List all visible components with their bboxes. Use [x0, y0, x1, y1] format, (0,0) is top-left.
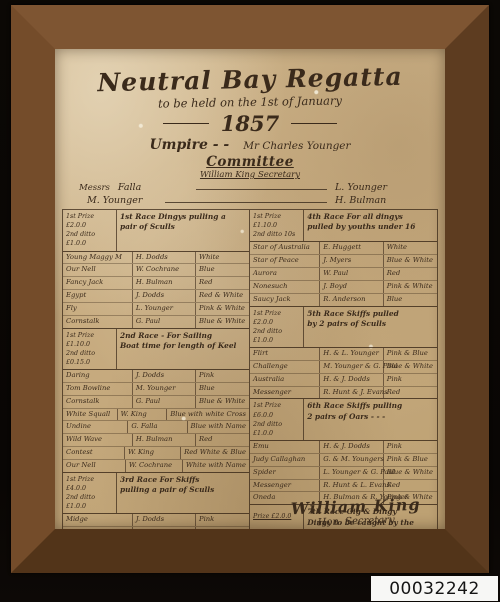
boat-name-cell: Egypt: [63, 290, 132, 302]
race-prize-line: 2nd ditto £1.0.0: [253, 327, 301, 345]
race-title: 3rd Race For Skiffspulling a pair of Scu…: [117, 473, 249, 514]
race-prize-line: 2nd ditto £1.0.0: [66, 493, 114, 511]
race-header: 1st Prize £6.0.02nd ditto £1.0.06th Race…: [250, 399, 437, 441]
race-prize-line: 2nd ditto 10s: [253, 230, 301, 239]
race-prize: 1st Prize £2.0.02nd ditto £1.0.0: [250, 307, 304, 348]
boat-name-cell: Wild Wave: [63, 434, 132, 446]
crew-cell: M. Younger: [132, 383, 195, 395]
race-title-line: pair of Sculls: [120, 222, 246, 232]
boat-name-cell: Our Nell: [63, 460, 125, 472]
boat-name-cell: Emu: [250, 441, 319, 453]
left-race-column: 1st Prize £2.0.02nd ditto £1.0.01st Race…: [63, 210, 250, 529]
colours-cell: Pink & Blue: [383, 454, 437, 466]
colours-cell: Pink & White: [195, 303, 249, 315]
crew-cell: H. & J. Dodds: [319, 441, 383, 453]
race-table-row: Tom BowlineM. YoungerBlue: [63, 382, 249, 395]
colours-cell: Pink & White: [383, 281, 437, 293]
race-title-line: 2nd Race - For Sailing: [120, 331, 246, 341]
crew-cell: L. Younger: [132, 303, 195, 315]
colours-cell: Pink: [195, 370, 249, 382]
colours-cell: Pink: [195, 514, 249, 526]
race-table-row: Young Maggy MH. DoddsWhite: [63, 252, 249, 264]
rule-line: [163, 123, 209, 124]
race-title-line: 5th Race Skiffs pulled: [307, 309, 434, 319]
race-table-row: DaringJ. DoddsPink: [63, 370, 249, 382]
crew-cell: H. & J. Dodds: [319, 374, 383, 386]
boat-name-cell: Messenger: [250, 480, 319, 492]
race-table-row: CornstalkG. PaulBlue & White: [63, 315, 249, 328]
race-title-line: Bowman of Gig in 20 minutes: [307, 528, 434, 529]
boat-name-cell: Nonesuch: [250, 281, 319, 293]
member-name: H. Bulman: [335, 195, 415, 206]
race-table-row: Our NellW. CochraneBlue: [63, 263, 249, 276]
crew-cell: R. Anderson: [319, 294, 383, 306]
race-table-row: MessengerR. Hunt & L. EvansRed: [250, 479, 437, 492]
race-title-line: 6th Race Skiffs pulling: [307, 401, 434, 411]
race-prize-line: 2nd ditto £0.15.0: [66, 349, 114, 367]
race-header: 1st Prize £4.0.02nd ditto £1.0.03rd Race…: [63, 473, 249, 515]
committee-heading: Committee: [55, 154, 445, 170]
colours-cell: Blue with white Cross: [166, 409, 249, 421]
race-section: 1st Prize £2.0.02nd ditto £1.0.01st Race…: [63, 210, 249, 328]
umpire-label: Umpire - -: [149, 137, 229, 153]
boat-name-cell: Our Nell: [63, 264, 132, 276]
crew-cell: W. King: [124, 447, 180, 459]
boat-name-cell: Challenge: [250, 361, 319, 373]
race-prize-line: 1st Prize £6.0.0: [253, 401, 301, 419]
race-prize-line: 2nd ditto £1.0.0: [66, 230, 114, 248]
race-title: 1st Race Dingys pulling apair of Sculls: [117, 210, 249, 251]
boat-name-cell: Judy Callaghan: [250, 454, 319, 466]
boat-name-cell: Cornstalk: [63, 396, 132, 408]
committee-members: Messrs Falla L. Younger M. Younger H. Bu…: [79, 182, 415, 206]
colours-cell: Blue & White: [383, 255, 437, 267]
wooden-frame: Neutral Bay Regatta to be held on the 1s…: [11, 5, 489, 573]
umpire-name: Mr Charles Younger: [243, 140, 350, 152]
colours-cell: Blue & White: [383, 467, 437, 479]
race-title: 2nd Race - For SailingBoat time for leng…: [117, 329, 249, 370]
race-table-row: AuroraW. PaulRed: [250, 267, 437, 280]
race-title: 4th Race For all dingyspulled by youths …: [304, 210, 437, 241]
member-name: Falla: [118, 182, 188, 193]
race-title-line: 3rd Race For Skiffs: [120, 475, 246, 485]
boat-name-cell: Aurora: [250, 268, 319, 280]
race-title-line: 4th Race For all dingys: [307, 212, 434, 222]
boat-name-cell: White Squall: [63, 409, 117, 421]
committee-members-row: M. Younger H. Bulman: [79, 195, 415, 206]
boat-name-cell: Cornstalk: [63, 316, 132, 328]
boat-name-cell: Star of Australia: [250, 242, 319, 254]
race-prize: 1st Prize £4.0.02nd ditto £1.0.0: [63, 473, 117, 514]
right-race-column: 1st Prize £1.10.02nd ditto 10s4th Race F…: [250, 210, 437, 529]
boat-name-cell: Contest: [63, 447, 124, 459]
race-table-row: EgyptJ. DoddsRed & White: [63, 289, 249, 302]
colours-cell: Blue & White: [195, 396, 249, 408]
race-title: 6th Race Skiffs pulling2 pairs of Oars -…: [304, 399, 437, 440]
race-section: 1st Prize £1.10.02nd ditto £0.15.02nd Ra…: [63, 328, 249, 472]
crew-cell: J. Dodds: [132, 290, 195, 302]
race-prize: 1st Prize £1.10.02nd ditto 10s: [250, 210, 304, 241]
race-table-row: ButterflyH. DoddsWhite: [63, 526, 249, 529]
race-table-row: Our NellW. CochraneWhite with Name: [63, 459, 249, 472]
race-table-row: MidgeJ. DoddsPink: [63, 514, 249, 526]
crew-cell: G. Falla: [127, 421, 186, 433]
boat-name-cell: Undine: [63, 421, 127, 433]
crew-cell: L. Younger & G. Paul: [319, 467, 383, 479]
crew-cell: H. & L. Younger: [319, 348, 383, 360]
boat-name-cell: Flirt: [250, 348, 319, 360]
race-prize-line: 1st Prize £2.0.0: [253, 309, 301, 327]
crew-cell: G. Paul: [132, 396, 195, 408]
race-table-row: FlirtH. & L. YoungerPink & Blue: [250, 348, 437, 360]
crew-cell: H. Dodds: [132, 527, 195, 529]
crew-cell: G. Paul: [132, 316, 195, 328]
crew-cell: R. Hunt & J. Evans: [319, 387, 383, 399]
crew-cell: G. & M. Youngers: [319, 454, 383, 466]
race-table-row: SpiderL. Younger & G. PaulBlue & White: [250, 466, 437, 479]
colours-cell: Blue & White: [383, 361, 437, 373]
signature-block: William King Hon. Secretary: [291, 495, 422, 529]
race-prize: 1st Prize £2.0.02nd ditto £1.0.0: [63, 210, 117, 251]
race-table-row: MessengerR. Hunt & J. EvansRed: [250, 386, 437, 399]
boat-name-cell: Fly: [63, 303, 132, 315]
boat-name-cell: Daring: [63, 370, 132, 382]
race-title: 5th Race Skiffs pulledby 2 pairs of Scul…: [304, 307, 437, 348]
colours-cell: Red: [383, 480, 437, 492]
crew-cell: H. Bulman: [132, 434, 195, 446]
boat-name-cell: Saucy Jack: [250, 294, 319, 306]
boat-name-cell: Tom Bowline: [63, 383, 132, 395]
colours-cell: Blue & White: [195, 316, 249, 328]
race-programme-table: 1st Prize £2.0.02nd ditto £1.0.01st Race…: [62, 209, 438, 529]
colours-cell: Blue: [195, 383, 249, 395]
race-title-line: Boat time for length of Keel: [120, 341, 246, 351]
boat-name-cell: Fancy Jack: [63, 277, 132, 289]
race-table-row: Saucy JackR. AndersonBlue: [250, 293, 437, 306]
race-prize-line: 2nd ditto £1.0.0: [253, 420, 301, 438]
committee-members-row: Messrs Falla L. Younger: [79, 182, 415, 193]
race-section: 1st Prize £6.0.02nd ditto £1.0.06th Race…: [250, 398, 437, 504]
colours-cell: Red: [195, 434, 249, 446]
crew-cell: E. Huggett: [319, 242, 383, 254]
colours-cell: Pink: [383, 441, 437, 453]
race-table-row: Star of PeaceJ. MyersBlue & White: [250, 254, 437, 267]
race-prize-line: 1st Prize £2.0.0: [66, 212, 114, 230]
race-title-line: pulling a pair of Sculls: [120, 485, 246, 495]
crew-cell: H. Dodds: [132, 252, 195, 264]
colours-cell: Blue: [383, 294, 437, 306]
colours-cell: White with Name: [182, 460, 249, 472]
rule-line: [291, 123, 337, 124]
member-name: L. Younger: [335, 182, 415, 193]
race-prize-line: 1st Prize £1.10.0: [253, 212, 301, 230]
crew-cell: H. Bulman: [132, 277, 195, 289]
colours-cell: Red: [195, 277, 249, 289]
colours-cell: Red: [383, 268, 437, 280]
race-table-row: ContestW. KingRed White & Blue: [63, 446, 249, 459]
crew-cell: W. King: [117, 409, 167, 421]
crew-cell: W. Cochrane: [132, 264, 195, 276]
colours-cell: Blue with Name: [187, 421, 249, 433]
colours-cell: Blue: [195, 264, 249, 276]
race-table-row: Wild WaveH. BulmanRed: [63, 433, 249, 446]
colours-cell: Red: [383, 387, 437, 399]
race-section: 1st Prize £1.10.02nd ditto 10s4th Race F…: [250, 210, 437, 306]
crew-cell: R. Hunt & L. Evans: [319, 480, 383, 492]
poster-year: 1857: [221, 111, 279, 136]
race-header: 1st Prize £1.10.02nd ditto 10s4th Race F…: [250, 210, 437, 242]
race-table-row: FlyL. YoungerPink & White: [63, 302, 249, 315]
regatta-poster: Neutral Bay Regatta to be held on the 1s…: [55, 49, 445, 529]
race-header: 1st Prize £2.0.02nd ditto £1.0.05th Race…: [250, 307, 437, 349]
race-table-row: ChallengeM. Younger & G. PaulBlue & Whit…: [250, 360, 437, 373]
boat-name-cell: Midge: [63, 514, 132, 526]
race-table-row: AustraliaH. & J. DoddsPink: [250, 373, 437, 386]
race-table-row: CornstalkG. PaulBlue & White: [63, 395, 249, 408]
members-label: Messrs: [79, 183, 110, 193]
race-table-row: UndineG. FallaBlue with Name: [63, 420, 249, 433]
colours-cell: Pink & Blue: [383, 348, 437, 360]
crew-cell: W. Paul: [319, 268, 383, 280]
race-table-row: EmuH. & J. DoddsPink: [250, 441, 437, 453]
crew-cell: J. Boyd: [319, 281, 383, 293]
race-table-row: Fancy JackH. BulmanRed: [63, 276, 249, 289]
race-header: 1st Prize £1.10.02nd ditto £0.15.02nd Ra…: [63, 329, 249, 371]
catalog-number-label: 00032242: [371, 576, 498, 601]
boat-name-cell: Star of Peace: [250, 255, 319, 267]
race-table-row: NonesuchJ. BoydPink & White: [250, 280, 437, 293]
race-table-row: White SquallW. KingBlue with white Cross: [63, 408, 249, 421]
secretary-line: William King Secretary: [55, 170, 445, 180]
colours-cell: White: [383, 242, 437, 254]
crew-cell: J. Myers: [319, 255, 383, 267]
race-title-line: pulled by youths under 16: [307, 222, 434, 232]
umpire-row: Umpire - - Mr Charles Younger: [55, 137, 445, 153]
boat-name-cell: Messenger: [250, 387, 319, 399]
race-prize-line: 1st Prize £4.0.0: [66, 475, 114, 493]
colours-cell: White: [195, 527, 249, 529]
colours-cell: Red & White: [195, 290, 249, 302]
race-title-line: 2 pairs of Oars - - -: [307, 412, 434, 422]
race-section: 1st Prize £2.0.02nd ditto £1.0.05th Race…: [250, 306, 437, 399]
crew-cell: M. Younger & G. Paul: [319, 361, 383, 373]
colours-cell: Red White & Blue: [180, 447, 249, 459]
race-header: 1st Prize £2.0.02nd ditto £1.0.01st Race…: [63, 210, 249, 252]
race-prize: 1st Prize £6.0.02nd ditto £1.0.0: [250, 399, 304, 440]
boat-name-cell: Australia: [250, 374, 319, 386]
colours-cell: Pink: [383, 374, 437, 386]
boat-name-cell: Young Maggy M: [63, 252, 132, 264]
crew-cell: W. Cochrane: [125, 460, 182, 472]
member-name: M. Younger: [87, 195, 157, 206]
rule-line: [196, 183, 327, 190]
race-section: 1st Prize £4.0.02nd ditto £1.0.03rd Race…: [63, 472, 249, 529]
boat-name-cell: Spider: [250, 467, 319, 479]
crew-cell: J. Dodds: [132, 514, 195, 526]
boat-name-cell: Butterfly: [63, 527, 132, 529]
race-table-row: Judy CallaghanG. & M. YoungersPink & Blu…: [250, 453, 437, 466]
rule-line: [165, 196, 327, 203]
race-table-row: Star of AustraliaE. HuggettWhite: [250, 242, 437, 254]
poster-year-row: 1857: [55, 111, 445, 136]
colours-cell: White: [195, 252, 249, 264]
race-prize: 1st Prize £1.10.02nd ditto £0.15.0: [63, 329, 117, 370]
race-title-line: 1st Race Dingys pulling a: [120, 212, 246, 222]
crew-cell: J. Dodds: [132, 370, 195, 382]
race-prize-line: 1st Prize £1.10.0: [66, 331, 114, 349]
race-title-line: by 2 pairs of Sculls: [307, 319, 434, 329]
